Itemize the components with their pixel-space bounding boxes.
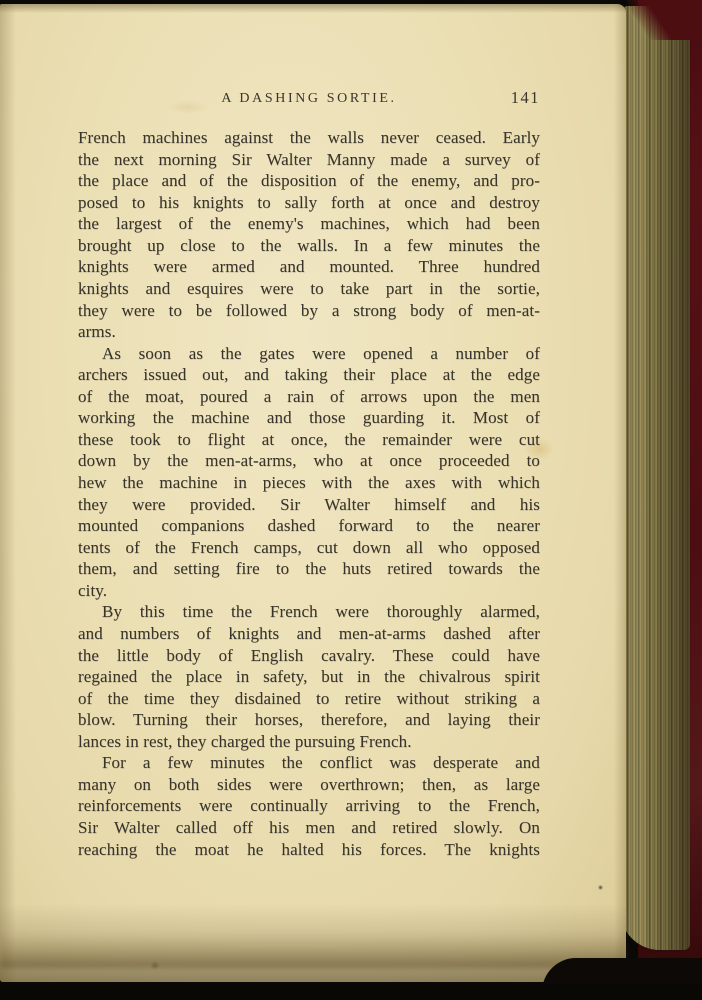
text-line: knights were armed and mounted. Three hu…: [78, 256, 540, 278]
header-title: A DASHING SORTIE.: [221, 91, 396, 106]
text-line: regained the place in safety, but in the…: [78, 666, 540, 688]
text-line: For a few minutes the conflict was despe…: [78, 752, 540, 774]
text-line: blow. Turning their horses, therefore, a…: [78, 709, 540, 731]
printed-content: A DASHING SORTIE. 141 French machines ag…: [78, 90, 540, 860]
text-line: they were provided. Sir Walter himself a…: [78, 494, 540, 516]
text-line: down by the men-at-arms, who at once pro…: [78, 450, 540, 472]
running-header: A DASHING SORTIE. 141: [78, 90, 540, 108]
text-line: hew the machine in pieces with the axes …: [78, 472, 540, 494]
text-line: As soon as the gates were opened a numbe…: [78, 343, 540, 365]
text-line: them, and setting fire to the huts retir…: [78, 558, 540, 580]
text-line: these took to flight at once, the remain…: [78, 429, 540, 451]
text-line: working the machine and those guarding i…: [78, 407, 540, 429]
text-line: tents of the French camps, cut down all …: [78, 537, 540, 559]
text-line: archers issued out, and taking their pla…: [78, 364, 540, 386]
text-line: lances in rest, they charged the pursuin…: [78, 731, 540, 753]
text-line: they were to be followed by a strong bod…: [78, 300, 540, 322]
page-body: French machines against the walls never …: [78, 127, 540, 860]
text-line: By this time the French were thoroughly …: [78, 601, 540, 623]
text-line: French machines against the walls never …: [78, 127, 540, 149]
text-line: the next morning Sir Walter Manny made a…: [78, 149, 540, 171]
book-cover-corner: [627, 0, 702, 40]
text-line: brought up close to the walls. In a few …: [78, 235, 540, 257]
text-line: reinforcements were continually arriving…: [78, 795, 540, 817]
text-line: posed to his knights to sally forth at o…: [78, 192, 540, 214]
text-line: the place and of the disposition of the …: [78, 170, 540, 192]
text-line: Sir Walter called off his men and retire…: [78, 817, 540, 839]
text-line: the little body of English cavalry. Thes…: [78, 645, 540, 667]
text-line: mounted companions dashed forward to the…: [78, 515, 540, 537]
text-line: city.: [78, 580, 540, 602]
text-line: many on both sides were overthrown; then…: [78, 774, 540, 796]
paragraph: French machines against the walls never …: [78, 127, 540, 343]
paragraph: As soon as the gates were opened a numbe…: [78, 343, 540, 602]
book-page: A DASHING SORTIE. 141 French machines ag…: [0, 4, 626, 982]
text-line: knights and esquires were to take part i…: [78, 278, 540, 300]
text-line: of the time they disdained to retire wit…: [78, 688, 540, 710]
text-line: arms.: [78, 321, 540, 343]
paragraph: For a few minutes the conflict was despe…: [78, 752, 540, 860]
book-photo: A DASHING SORTIE. 141 French machines ag…: [0, 0, 702, 1000]
paper-speck: [598, 885, 603, 890]
bottom-shadow-band: [0, 984, 702, 1000]
paper-stain: [150, 961, 160, 970]
paragraph: By this time the French were thoroughly …: [78, 601, 540, 752]
page-number: 141: [511, 89, 540, 107]
text-line: the largest of the enemy's machines, whi…: [78, 213, 540, 235]
text-line: and numbers of knights and men-at-arms d…: [78, 623, 540, 645]
text-line: reaching the moat he halted his forces. …: [78, 839, 540, 861]
page-fore-edge: [620, 6, 690, 950]
text-line: of the moat, poured a rain of arrows upo…: [78, 386, 540, 408]
